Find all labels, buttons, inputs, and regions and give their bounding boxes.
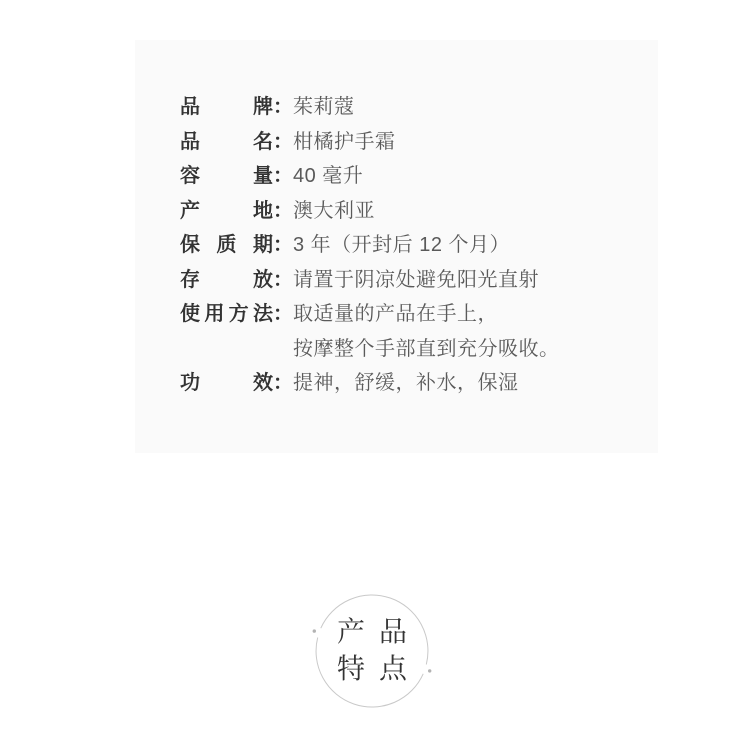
spec-row-storage: 存放： 请置于阴凉处避免阳光直射 [180, 263, 625, 298]
badge-line1: 产品 [316, 613, 442, 650]
spec-row-shelf-life: 保质期： 3 年（开封后 12 个月） [180, 228, 625, 263]
spec-colon: ： [273, 90, 293, 125]
spec-row-usage: 使用方法： 取适量的产品在手上， 按摩整个手部直到充分吸收。 [180, 297, 625, 366]
spec-colon: ： [273, 125, 293, 160]
spec-label: 品名 [180, 125, 273, 160]
spec-label: 产地 [180, 194, 273, 229]
spec-value-line1: 取适量的产品在手上， [293, 297, 625, 332]
spec-row-brand: 品牌： 茱莉蔻 [180, 90, 625, 125]
spec-row-origin: 产地： 澳大利亚 [180, 194, 625, 229]
spec-value: 澳大利亚 [293, 194, 625, 229]
spec-value: 40 毫升 [293, 159, 625, 194]
spec-row-volume: 容量： 40 毫升 [180, 159, 625, 194]
product-spec-panel: 品牌： 茱莉蔻 品名： 柑橘护手霜 容量： 40 毫升 产地： 澳大利亚 保质期… [135, 40, 658, 453]
spec-colon: ： [273, 297, 293, 332]
badge-text: 产品 特点 [302, 613, 442, 687]
spec-label: 品牌 [180, 90, 273, 125]
spec-list: 品牌： 茱莉蔻 品名： 柑橘护手霜 容量： 40 毫升 产地： 澳大利亚 保质期… [180, 90, 625, 401]
spec-value: 柑橘护手霜 [293, 125, 625, 160]
spec-colon: ： [273, 228, 293, 263]
spec-label: 使用方法 [180, 297, 273, 332]
spec-row-product-name: 品名： 柑橘护手霜 [180, 125, 625, 160]
spec-value-line2: 按摩整个手部直到充分吸收。 [293, 332, 625, 367]
spec-label: 存放 [180, 263, 273, 298]
spec-colon: ： [273, 263, 293, 298]
spec-value: 提神，舒缓，补水，保湿 [293, 366, 625, 401]
spec-label: 保质期 [180, 228, 273, 263]
spec-label: 容量 [180, 159, 273, 194]
section-badge-product-features: 产品 特点 [302, 581, 442, 721]
spec-label: 功效 [180, 366, 273, 401]
badge-line2: 特点 [316, 650, 442, 687]
spec-row-effects: 功效： 提神，舒缓，补水，保湿 [180, 366, 625, 401]
spec-colon: ： [273, 366, 293, 401]
spec-value: 茱莉蔻 [293, 90, 625, 125]
spec-colon: ： [273, 194, 293, 229]
spec-value: 3 年（开封后 12 个月） [293, 228, 625, 263]
spec-value: 请置于阴凉处避免阳光直射 [293, 263, 625, 298]
spec-colon: ： [273, 159, 293, 194]
